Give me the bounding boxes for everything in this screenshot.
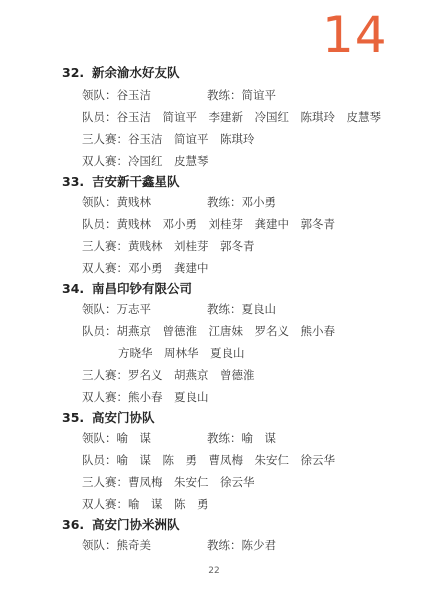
team-number: 35.	[62, 410, 92, 425]
team-leader: 领队：万志平	[82, 301, 151, 317]
team-leader: 领队：黄贱林	[82, 194, 151, 210]
team-leader: 领队：熊奇美	[82, 537, 151, 553]
team-number: 34.	[62, 281, 92, 296]
footer-page-number: 22	[0, 566, 428, 576]
team-coach: 教练：简谊平	[207, 87, 276, 103]
team-leader: 领队：谷玉洁	[82, 87, 151, 103]
team-duo: 双人赛：喻 谋 陈 勇	[82, 496, 209, 512]
team-coach: 教练：喻 谋	[207, 430, 276, 446]
team-title: 33.吉安新干鑫星队	[62, 172, 180, 190]
team-number: 33.	[62, 174, 92, 189]
team-members: 队员：喻 谋 陈 勇 曹凤梅 朱安仁 徐云华	[82, 452, 335, 468]
team-name: 高安门协队	[92, 410, 155, 425]
team-title: 35.高安门协队	[62, 408, 155, 426]
team-duo: 双人赛：冷国红 皮慧琴	[82, 153, 209, 169]
big-page-number: 14	[322, 10, 388, 60]
team-title: 32.新余渝水好友队	[62, 63, 180, 81]
team-number: 32.	[62, 65, 92, 80]
team-trio: 三人赛：罗名义 胡燕京 曾德淮	[82, 367, 255, 383]
team-members-continued: 方晓华 周林华 夏良山	[118, 345, 245, 361]
team-name: 南昌印钞有限公司	[92, 281, 192, 296]
team-coach: 教练：夏良山	[207, 301, 276, 317]
team-duo: 双人赛：熊小春 夏良山	[82, 389, 209, 405]
team-name: 吉安新干鑫星队	[92, 174, 180, 189]
team-members: 队员：黄贱林 邓小勇 刘桂芽 龚建中 郭冬青	[82, 216, 335, 232]
team-title: 36.高安门协米洲队	[62, 515, 180, 533]
team-name: 高安门协米洲队	[92, 517, 180, 532]
team-number: 36.	[62, 517, 92, 532]
team-coach: 教练：陈少君	[207, 537, 276, 553]
team-coach: 教练：邓小勇	[207, 194, 276, 210]
team-trio: 三人赛：曹凤梅 朱安仁 徐云华	[82, 474, 255, 490]
team-duo: 双人赛：邓小勇 龚建中	[82, 260, 209, 276]
team-name: 新余渝水好友队	[92, 65, 180, 80]
team-trio: 三人赛：黄贱林 刘桂芽 郭冬青	[82, 238, 255, 254]
team-trio: 三人赛：谷玉洁 简谊平 陈琪玲	[82, 131, 255, 147]
team-members: 队员：谷玉洁 简谊平 李建新 冷国红 陈琪玲 皮慧琴	[82, 109, 381, 125]
team-members: 队员：胡燕京 曾德淮 江唐妹 罗名义 熊小春	[82, 323, 335, 339]
team-leader: 领队：喻 谋	[82, 430, 151, 446]
team-title: 34.南昌印钞有限公司	[62, 279, 192, 297]
